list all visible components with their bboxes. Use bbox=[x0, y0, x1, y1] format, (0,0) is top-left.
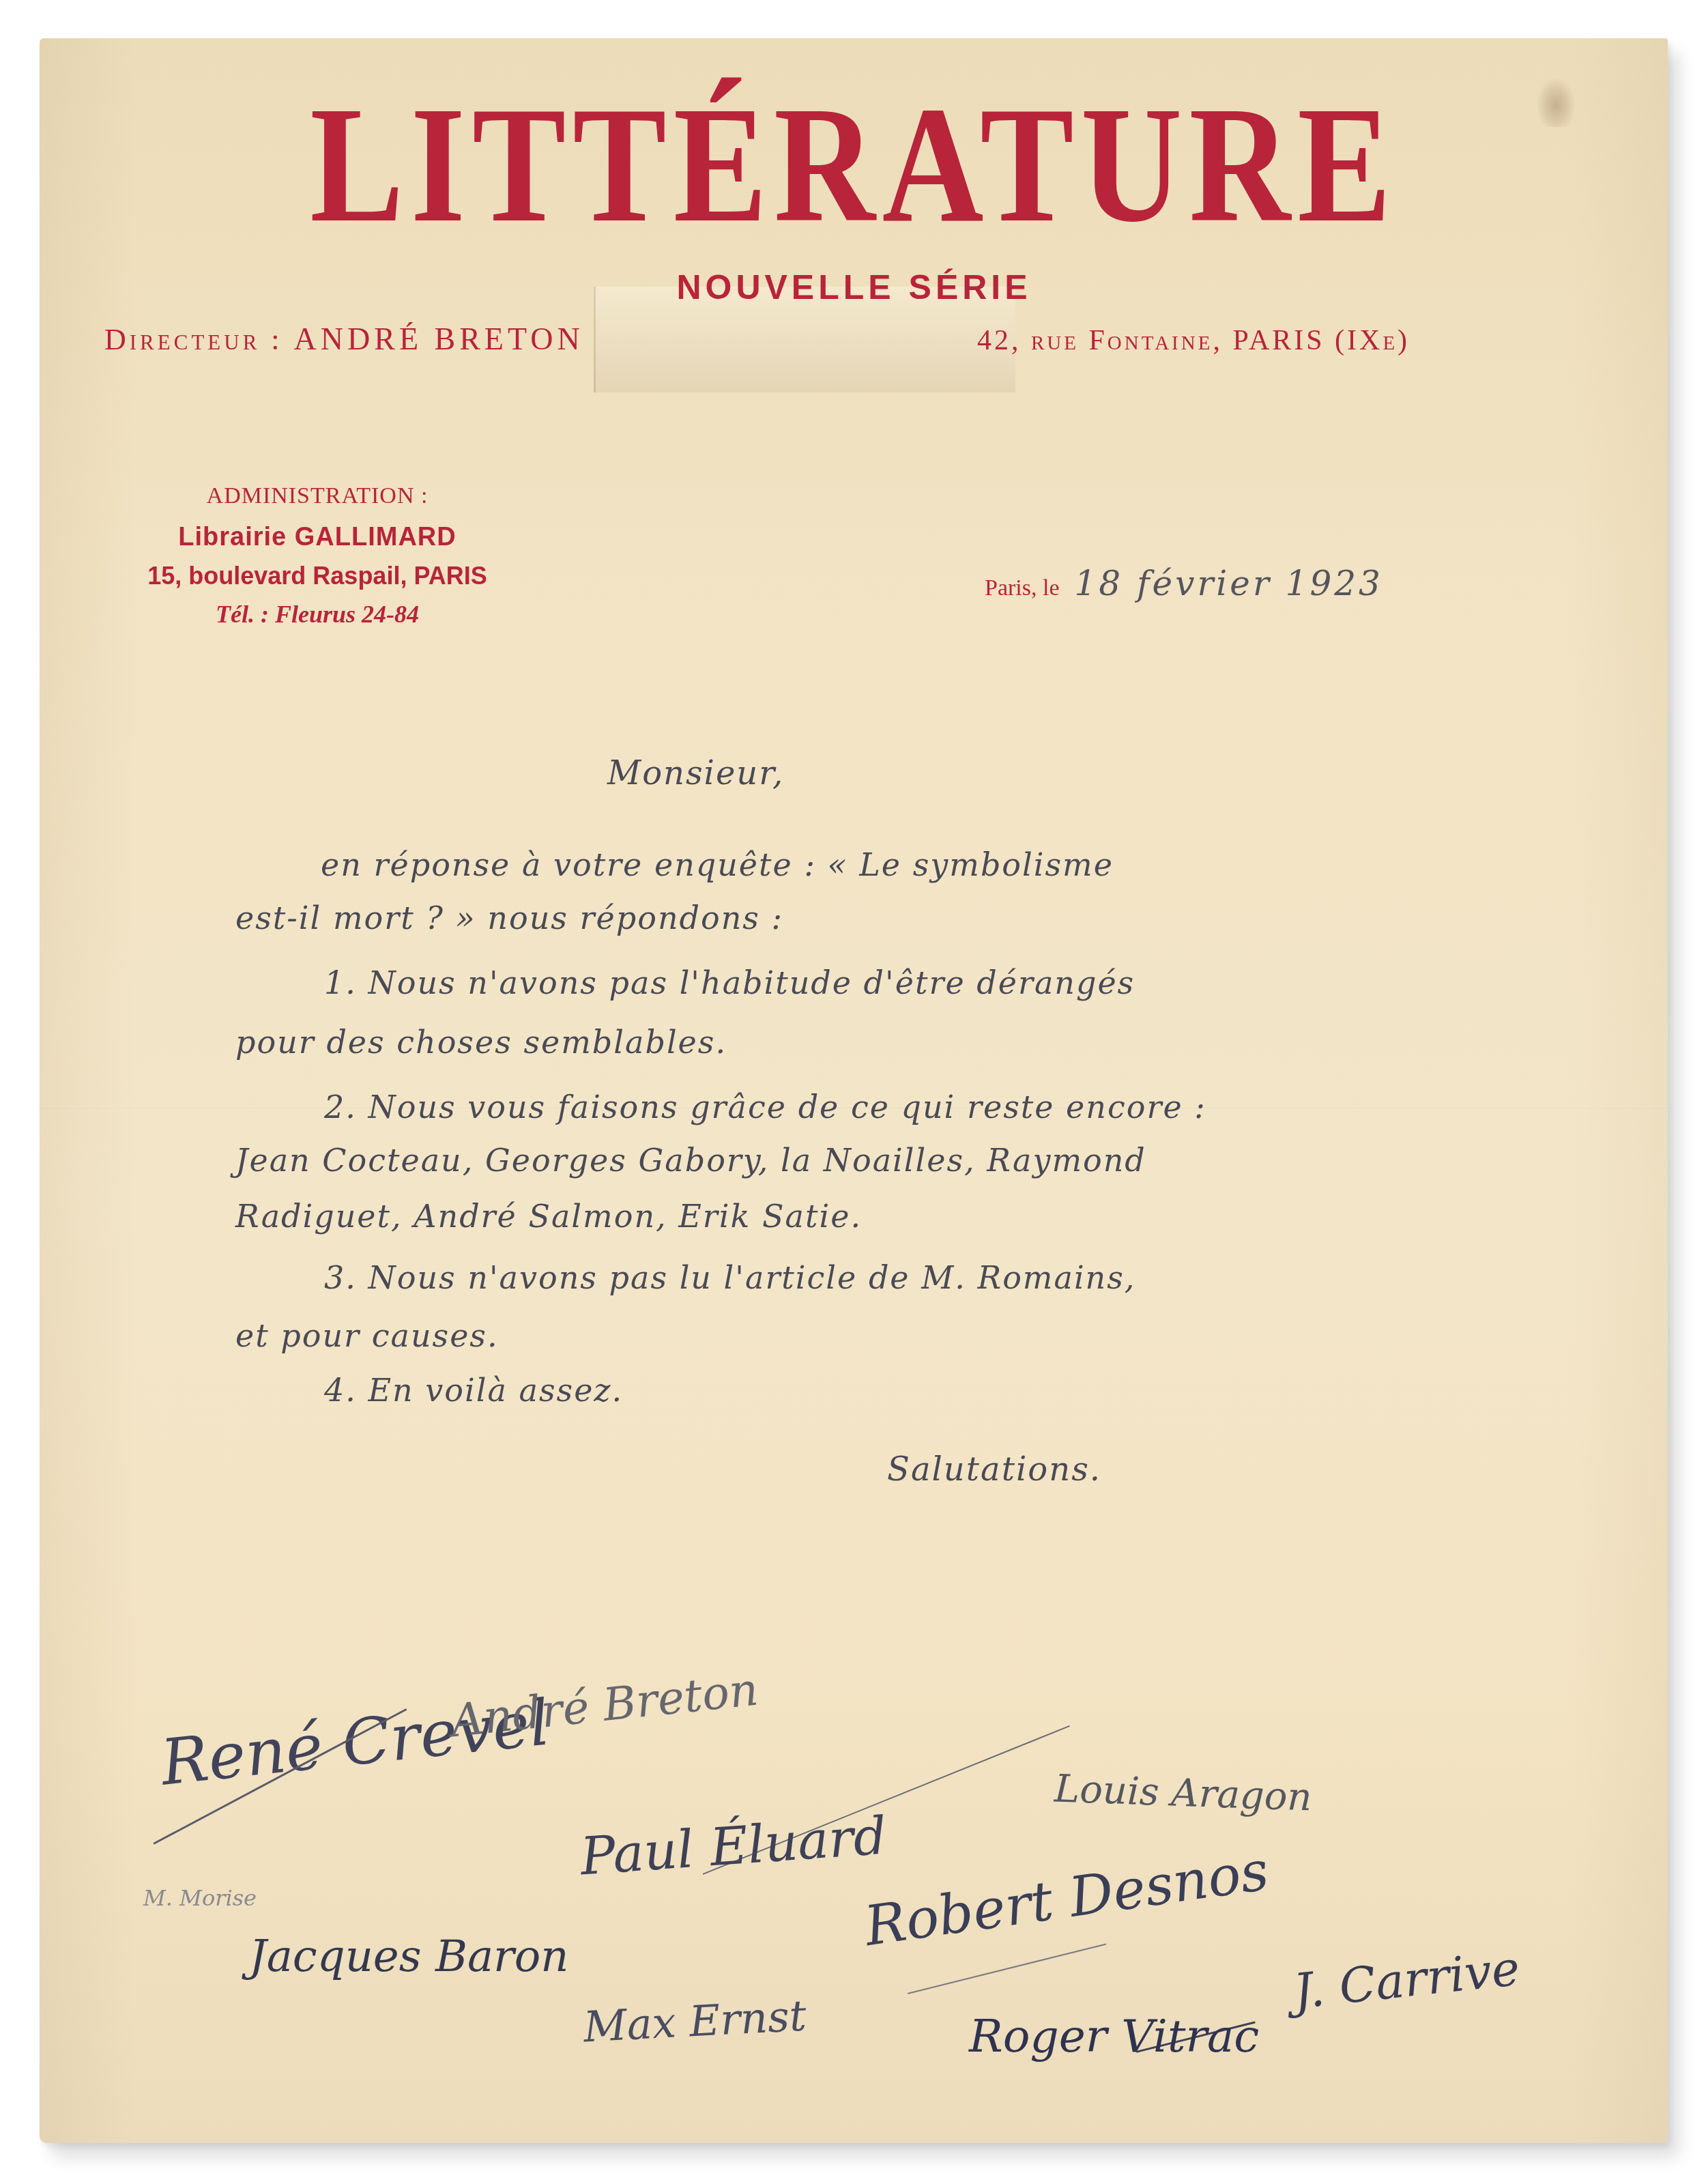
point-1-line-2: pour des choses semblables. bbox=[235, 1024, 727, 1061]
dateline-printed: Paris, le bbox=[985, 575, 1060, 601]
signature-roger-vitrac: Roger Vitrac bbox=[969, 2010, 1259, 2063]
masthead-title: LITTÉRATURE bbox=[0, 82, 1708, 248]
signature-louis-aragon: Louis Aragon bbox=[1054, 1766, 1313, 1820]
point-4-line-1: 4. En voilà assez. bbox=[324, 1372, 623, 1409]
publisher-address: 15, boulevard Raspail, PARIS bbox=[102, 562, 532, 590]
signature-jacques-baron: Jacques Baron bbox=[249, 1931, 568, 1982]
publisher-name: Librairie GALLIMARD bbox=[102, 523, 532, 552]
intro-line-1: en réponse à votre enquête : « Le symbol… bbox=[321, 846, 1114, 883]
point-3-line-1: 3. Nous n'avons pas lu l'article de M. R… bbox=[324, 1259, 1135, 1296]
dateline-handwritten: 18 février 1923 bbox=[1075, 564, 1383, 603]
series-subtitle: NOUVELLE SÉRIE bbox=[0, 268, 1708, 307]
point-1-line-1: 1. Nous n'avons pas l'habitude d'être dé… bbox=[324, 964, 1135, 1001]
office-address: 42, rue Fontaine, PARIS (IXe) bbox=[977, 324, 1410, 357]
administration-block: ADMINISTRATION : Librairie GALLIMARD 15,… bbox=[102, 471, 532, 629]
point-2-line-2: Jean Cocteau, Georges Gabory, la Noaille… bbox=[235, 1142, 1146, 1179]
director-line: Directeur : ANDRÉ BRETON bbox=[104, 321, 584, 357]
publisher-phone: Tél. : Fleurus 24-84 bbox=[102, 600, 532, 629]
dateline: Paris, le 18 février 1923 bbox=[985, 564, 1383, 603]
point-3-line-2: et pour causes. bbox=[235, 1317, 499, 1354]
director-label: Directeur : bbox=[104, 323, 283, 356]
point-2-line-1: 2. Nous vous faisons grâce de ce qui res… bbox=[324, 1089, 1206, 1125]
director-name: ANDRÉ BRETON bbox=[294, 321, 584, 356]
intro-line-2: est-il mort ? » nous répondons : bbox=[235, 900, 783, 936]
closing: Salutations. bbox=[887, 1450, 1101, 1489]
salutation: Monsieur, bbox=[607, 754, 784, 792]
signature-morise: M. Morise bbox=[143, 1885, 257, 1911]
administration-label: ADMINISTRATION : bbox=[102, 483, 532, 509]
point-2-line-3: Radiguet, André Salmon, Erik Satie. bbox=[235, 1198, 862, 1235]
